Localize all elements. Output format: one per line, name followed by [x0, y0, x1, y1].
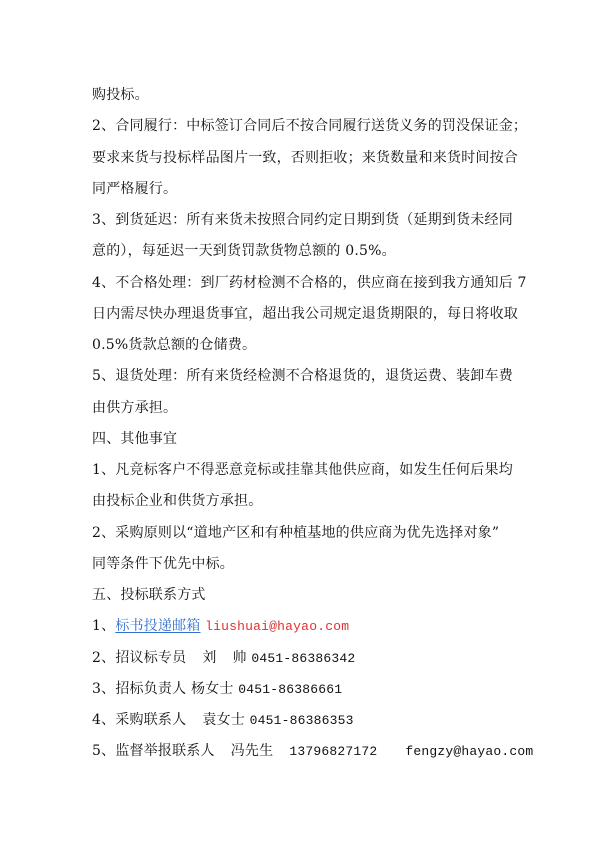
text-line: 同严格履行。: [92, 174, 512, 205]
text-line: 1、凡竞标客户不得恶意竞标或挂靠其他供应商，如发生任何后果均: [92, 455, 512, 486]
item-number: 5、: [92, 743, 115, 759]
contact-name: 冯先生: [231, 743, 274, 759]
contact-phone: 0451-86386353: [250, 713, 354, 728]
text-line: 由供方承担。: [92, 393, 512, 424]
text-line: 同等条件下优先中标。: [92, 549, 512, 580]
contact-item-bid-specialist: 2、招议标专员刘帅 0451-86386342: [92, 643, 512, 674]
contact-name: 袁女士: [202, 712, 245, 728]
contact-role: 招议标专员: [115, 650, 186, 666]
contact-phone: 13796827172: [289, 744, 377, 759]
contact-item-bid-email: 1、标书投递邮箱 liushuai@hayao.com: [92, 611, 512, 642]
item-number: 1、: [92, 618, 115, 634]
bid-email-address[interactable]: liushuai@hayao.com: [205, 619, 349, 634]
contact-name-part2: 帅: [233, 650, 247, 666]
text-line: 要求来货与投标样品图片一致，否则拒收；来货数量和来货时间按合: [92, 143, 512, 174]
item-number: 2、: [92, 650, 115, 666]
text-line: 3、到货延迟：所有来货未按照合同约定日期到货（延期到货未经同: [92, 205, 512, 236]
section-heading-contact: 五、投标联系方式: [92, 580, 512, 611]
text-line: 日内需尽快办理退货事宜，超出我公司规定退货期限的，每日将收取: [92, 299, 512, 330]
text-line: 意的），每延迟一天到货罚款货物总额的 0.5%。: [92, 236, 512, 267]
contact-item-procurement: 4、采购联系人袁女士 0451-86386353: [92, 705, 512, 736]
contact-phone: 0451-86386342: [251, 651, 355, 666]
contact-role: 招标负责人: [115, 681, 186, 697]
section-heading-other-matters: 四、其他事宜: [92, 424, 512, 455]
contact-email[interactable]: fengzy@hayao.com: [405, 744, 533, 759]
contact-role: 监督举报联系人: [115, 743, 214, 759]
text-line: 2、采购原则以“道地产区和有种植基地的供应商为优先选择对象”: [92, 518, 512, 549]
text-line: 购投标。: [92, 80, 512, 111]
contact-item-supervision: 5、监督举报联系人冯先生13796827172fengzy@hayao.com: [92, 736, 512, 767]
text-line: 4、不合格处理：到厂药材检测不合格的，供应商在接到我方通知后 7: [92, 268, 512, 299]
contact-name-part1: 刘: [202, 650, 216, 666]
contact-role: 采购联系人: [115, 712, 186, 728]
text-line: 5、退货处理：所有来货经检测不合格退货的，退货运费、装卸车费: [92, 361, 512, 392]
item-number: 4、: [92, 712, 115, 728]
contact-name: 杨女士: [191, 681, 234, 697]
contact-item-bid-manager: 3、招标负责人 杨女士 0451-86386661: [92, 674, 512, 705]
text-line: 2、合同履行：中标签订合同后不按合同履行送货义务的罚没保证金；: [92, 111, 512, 142]
document-page: 购投标。 2、合同履行：中标签订合同后不按合同履行送货义务的罚没保证金； 要求来…: [92, 80, 512, 768]
text-line: 由投标企业和供货方承担。: [92, 486, 512, 517]
text-line: 0.5%货款总额的仓储费。: [92, 330, 512, 361]
item-number: 3、: [92, 681, 115, 697]
contact-phone: 0451-86386661: [238, 682, 342, 697]
bid-email-link[interactable]: 标书投递邮箱: [115, 618, 200, 634]
